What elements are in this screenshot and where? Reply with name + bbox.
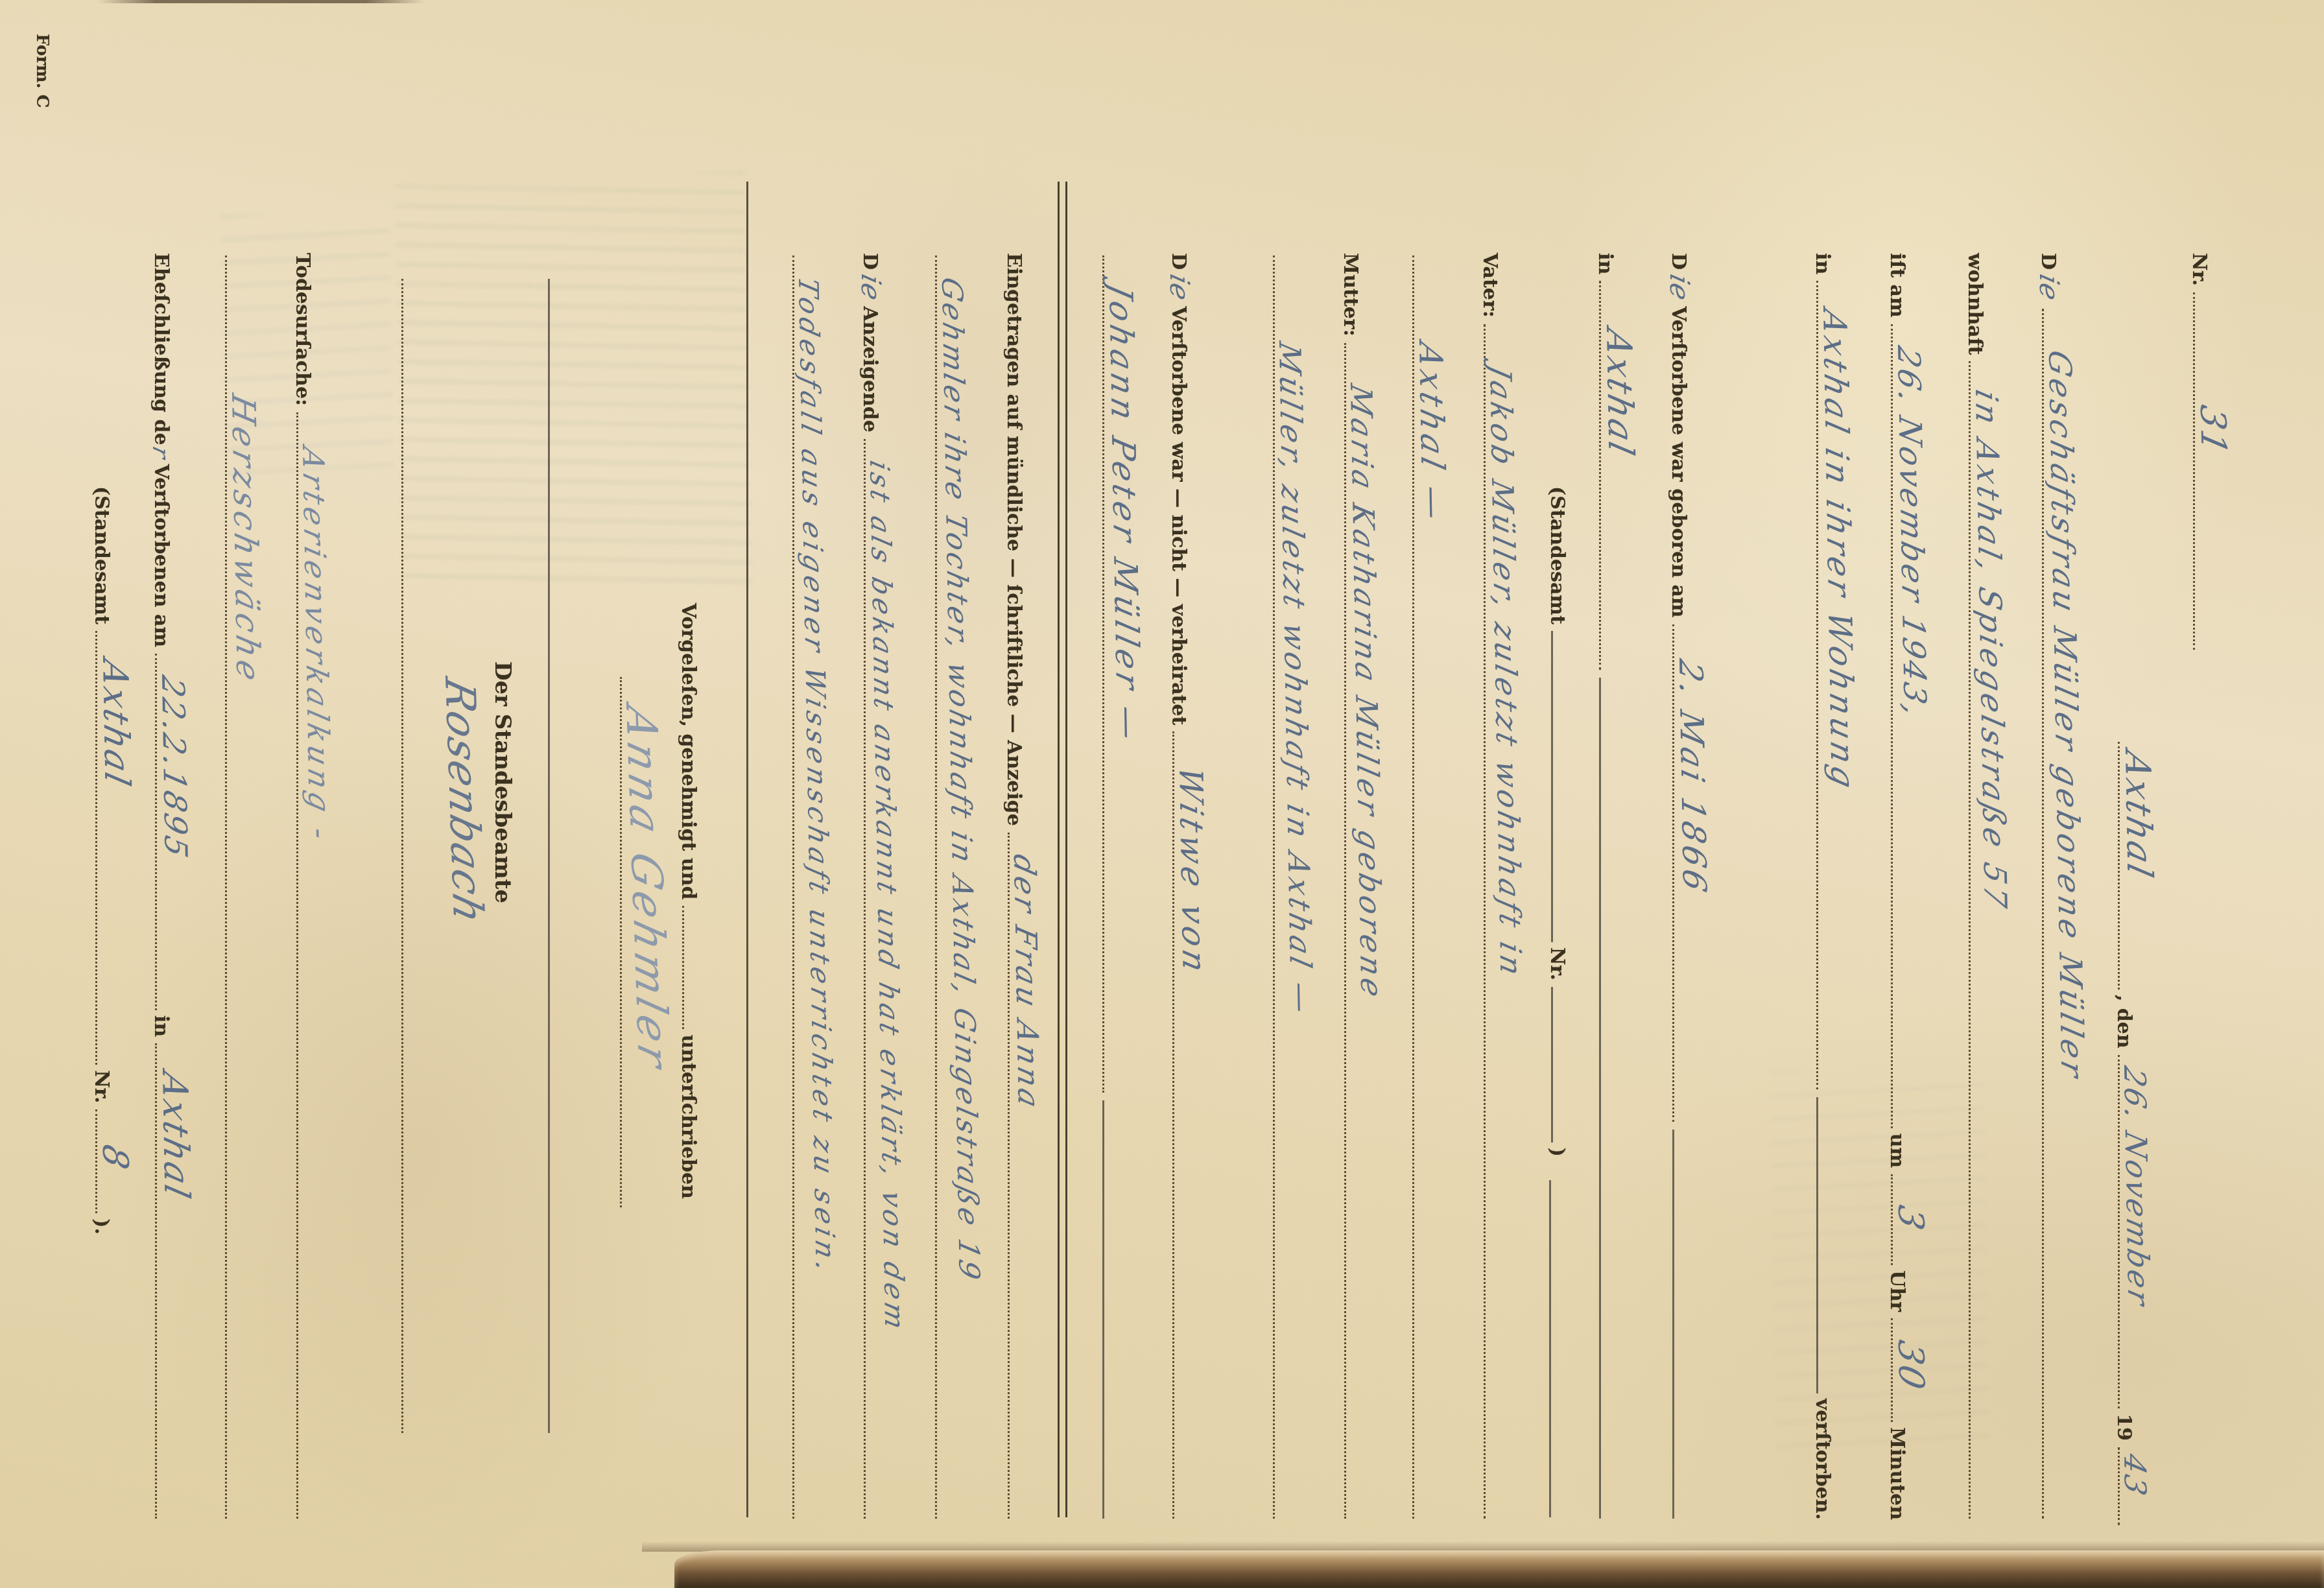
birth-place-rule — [1599, 678, 1602, 1519]
signature-section-rule — [548, 279, 550, 1433]
father-value-2: Axthal — — [1416, 340, 1448, 527]
marital-line-2: Johann Peter Müller — — [1102, 255, 1106, 1093]
registration-value-2: Gehmler ihre Tochter, wohnhaft in Axthal… — [938, 275, 981, 1284]
marriage-row: Eheſchließung de r Verſtorbenen am 22.2.… — [150, 253, 199, 1524]
ist-am-label: iſt am — [1886, 253, 1908, 322]
book-edge — [674, 1550, 2324, 1588]
cause-value: Arterienverkalkung - — [300, 445, 333, 846]
date-row: Axthal , den 26. November 19 43 — [2113, 739, 2162, 1530]
informant-row: D ie Anzeigende ist als bekannt anerkann… — [859, 253, 908, 1524]
father-label: Vater: — [1478, 253, 1500, 322]
registry-office-line — [1551, 631, 1554, 942]
form-code-label: Form. C — [32, 34, 51, 112]
in-label: in — [1811, 253, 1833, 278]
registration-value: der Frau Anna — [1011, 852, 1042, 1113]
marriage-registry-place: Axthal — [99, 657, 132, 790]
death-place-value: Axthal in ihrer Wohnung — [1820, 307, 1857, 794]
marital-row-2: Johann Peter Müller — — [1097, 253, 1146, 1524]
marriage-registry-place-line: Axthal — [95, 631, 99, 1065]
scan-viewport: Nr. 31 Axthal , den 26. November 19 43 D… — [0, 0, 2324, 1588]
marriage-registry-nr-line: 8 — [95, 1109, 99, 1213]
entry-number-value: 31 — [2196, 403, 2229, 458]
marriage-registry-nr-value: 8 — [99, 1142, 130, 1174]
father-row: Vater: Jakob Müller, zuletzt wohnhaft in — [1478, 253, 1528, 1524]
informant-line-2: Todesfall aus eigener Wissenschaft unter… — [792, 255, 796, 1519]
marital-label: Verſtorbene war — nicht — verheiratet — [1167, 306, 1189, 729]
birth-date-value: 2. Mai 1866 — [1676, 657, 1709, 897]
die-printed: D — [1667, 253, 1689, 274]
death-date-line: 26. November 1943, — [1891, 324, 1894, 1128]
marital-value: Witwe von — [1176, 764, 1209, 978]
mother-row-2: Müller, zuletzt wohnhaft in Axthal — — [1268, 253, 1317, 1524]
approval-signature-line: Anna Gehmler — [620, 677, 623, 1207]
verstorben-label: verſtorben. — [1811, 1399, 1833, 1524]
year-prefix-label: 19 — [2113, 1414, 2135, 1445]
marriage-label-2: Verſtorbenen am — [150, 464, 172, 651]
registration-line-2: Gehmler ihre Tochter, wohnhaft in Axthal… — [935, 255, 938, 1519]
birth-place-line: Axthal — [1599, 281, 1602, 670]
residence-row: wohnhaft in Axthal, Spiegelstraße 57 — [1963, 253, 2013, 1524]
cause-of-death-row-2: Herzschwäche — [220, 253, 269, 1524]
die-handwritten: ie — [859, 272, 883, 303]
minutes-line: 30 — [1891, 1318, 1894, 1422]
mother-line: Maria Katharina Müller geborene — [1344, 343, 1347, 1519]
birth-place-row: in Axthal — [1594, 253, 1643, 1524]
marital-rule — [1102, 1100, 1106, 1519]
registrar-signature-line — [401, 279, 403, 1433]
hour-line: 3 — [1891, 1174, 1894, 1265]
death-date-value: 26. November 1943, — [1894, 344, 1928, 722]
die-printed: D — [2037, 253, 2059, 274]
cause-line-2: Herzschwäche — [225, 255, 228, 1519]
die-printed: D — [859, 253, 881, 274]
die-handwritten: ie — [2037, 272, 2061, 303]
marriage-gender-suffix: r — [150, 444, 171, 460]
registrar-title: Der Standesbeamte — [489, 661, 514, 907]
deceased-row: D ie Geschäftsfrau Müller geborene Mülle… — [2037, 253, 2087, 1524]
mother-row: Mutter: Maria Katharina Müller geborene — [1339, 253, 1388, 1524]
registry-ref-row: (Standesamt Nr. ) — [1546, 486, 1591, 1161]
entry-number-row: Nr. 31 — [2188, 253, 2233, 655]
birth-label: Verſtorbene war geboren am — [1667, 306, 1689, 621]
informant-signature: Anna Gehmler — [622, 703, 673, 1075]
date-place-value: Axthal — [2121, 748, 2155, 881]
informant-line: ist als bekannt anerkannt und hat erklär… — [864, 439, 867, 1519]
mother-value-2: Müller, zuletzt wohnhaft in Axthal — — [1276, 340, 1314, 1019]
marriage-date-line: 22.2.1895 — [155, 654, 158, 1010]
cause-of-death-row: Todesurſache: Arterienverkalkung - — [291, 253, 340, 1524]
entry-number-line: 31 — [2193, 292, 2196, 650]
approval-signature-row: Anna Gehmler — [615, 674, 687, 1213]
uhr-label: Uhr — [1886, 1270, 1908, 1316]
date-value: 26. November — [2121, 1064, 2152, 1309]
scan-edge-sliver — [97, 0, 425, 3]
death-time-row: iſt am 26. November 1943, um 3 Uhr 30 Mi… — [1886, 253, 1935, 1524]
father-line-2: Axthal — — [1412, 255, 1416, 1519]
registration-label: Eingetragen auf mündliche — ſchriftliche… — [1002, 253, 1025, 830]
informant-value: ist als bekannt anerkannt und hat erklär… — [867, 458, 907, 1335]
marriage-label: Eheſchließung de — [150, 253, 172, 445]
registry-nr-line — [1551, 987, 1554, 1143]
informant-bottom-rule — [746, 182, 748, 1517]
marriage-place-line: Axthal — [155, 1043, 158, 1519]
residence-line: in Axthal, Spiegelstraße 57 — [1969, 361, 1972, 1519]
marital-row: D ie Verſtorbene war — nicht — verheirat… — [1167, 253, 1218, 1524]
section-divider-double-rule — [1058, 182, 1067, 1517]
death-place-rule — [1816, 1097, 1820, 1393]
um-label: um — [1886, 1133, 1908, 1172]
standesamt-label: (Standesamt — [1546, 486, 1568, 628]
cause-value-2: Herzschwäche — [228, 392, 263, 687]
birth-rule — [1672, 1130, 1676, 1519]
marital-value-2: Johann Peter Müller — — [1106, 281, 1143, 746]
mother-label: Mutter: — [1339, 253, 1361, 340]
marital-line: Witwe von — [1172, 731, 1176, 1519]
registration-row-2: Gehmler ihre Tochter, wohnhaft in Axthal… — [930, 253, 979, 1524]
father-row-2: Axthal — — [1407, 253, 1456, 1524]
date-place-line: Axthal — [2118, 742, 2121, 990]
registration-row: Eingetragen auf mündliche — ſchriftliche… — [1002, 253, 1049, 1524]
den-label: , den — [2113, 995, 2135, 1052]
birth-date-line: 2. Mai 1866 — [1672, 624, 1676, 1122]
die-handwritten: ie — [1667, 272, 1692, 303]
mother-value: Maria Katharina Müller geborene — [1347, 382, 1385, 1002]
informant-value-2: Todesfall aus eigener Wissenschaft unter… — [796, 275, 838, 1277]
marriage-registry-close-paren: ). — [90, 1218, 112, 1238]
die-printed: D — [1167, 253, 1189, 274]
year-line: 43 — [2118, 1447, 2121, 1525]
bleed-through-ghost — [1770, 1068, 1990, 1461]
in-label: in — [1594, 253, 1616, 278]
birth-row: D ie Verſtorbene war geboren am 2. Mai 1… — [1667, 253, 1718, 1524]
marriage-registry-row: (Standesamt Axthal Nr. 8 ). — [90, 486, 139, 1238]
year-value: 43 — [2121, 1451, 2149, 1499]
marriage-date-value: 22.2.1895 — [158, 673, 189, 862]
standesamt-label: (Standesamt — [90, 486, 112, 628]
marriage-registry-nr-label: Nr. — [90, 1070, 112, 1107]
informant-label: Anzeigende — [859, 306, 881, 436]
deceased-name: Geschäftsfrau Müller geborene Müller — [2045, 348, 2086, 1083]
informant-row-2: Todesfall aus eigener Wissenschaft unter… — [787, 253, 836, 1524]
date-line: 26. November — [2118, 1055, 2121, 1409]
cause-label: Todesurſache: — [291, 253, 313, 410]
marriage-place-value: Axthal — [158, 1069, 192, 1202]
mother-line-2: Müller, zuletzt wohnhaft in Axthal — — [1273, 255, 1276, 1519]
deceased-line: Geschäftsfrau Müller geborene Müller — [2042, 309, 2045, 1519]
father-line: Jakob Müller, zuletzt wohnhaft in — [1484, 324, 1487, 1519]
registration-line: der Frau Anna — [1008, 833, 1011, 1519]
cause-line: Arterienverkalkung - — [296, 412, 300, 1519]
death-place-row: in Axthal in ihrer Wohnung verſtorben. — [1811, 253, 1860, 1524]
residence-value: in Axthal, Spiegelstraße 57 — [1972, 387, 2009, 912]
entry-number-label: Nr. — [2188, 253, 2210, 290]
registrar-title-row: Der Standesbeamte — [489, 661, 533, 934]
registry-ref-tail-rule — [1549, 1180, 1551, 1517]
hour-value: 3 — [1894, 1203, 1926, 1235]
registry-close-paren: ) — [1546, 1148, 1568, 1161]
minuten-label: Minuten — [1886, 1427, 1908, 1524]
die-handwritten: ie — [1167, 272, 1192, 303]
death-register-page: Nr. 31 Axthal , den 26. November 19 43 D… — [0, 0, 2324, 1588]
father-value: Jakob Müller, zuletzt wohnhaft in — [1487, 363, 1524, 981]
registry-nr-label: Nr. — [1546, 947, 1568, 984]
registrar-signature: Rosenbach — [440, 674, 486, 928]
birth-place-value: Axthal — [1602, 326, 1636, 459]
residence-label: wohnhaft — [1963, 253, 1986, 359]
bleed-through-ghost — [394, 172, 752, 593]
death-place-line: Axthal in ihrer Wohnung — [1816, 281, 1820, 1089]
minutes-value: 30 — [1894, 1338, 1927, 1393]
marriage-in-label: in — [150, 1015, 172, 1041]
